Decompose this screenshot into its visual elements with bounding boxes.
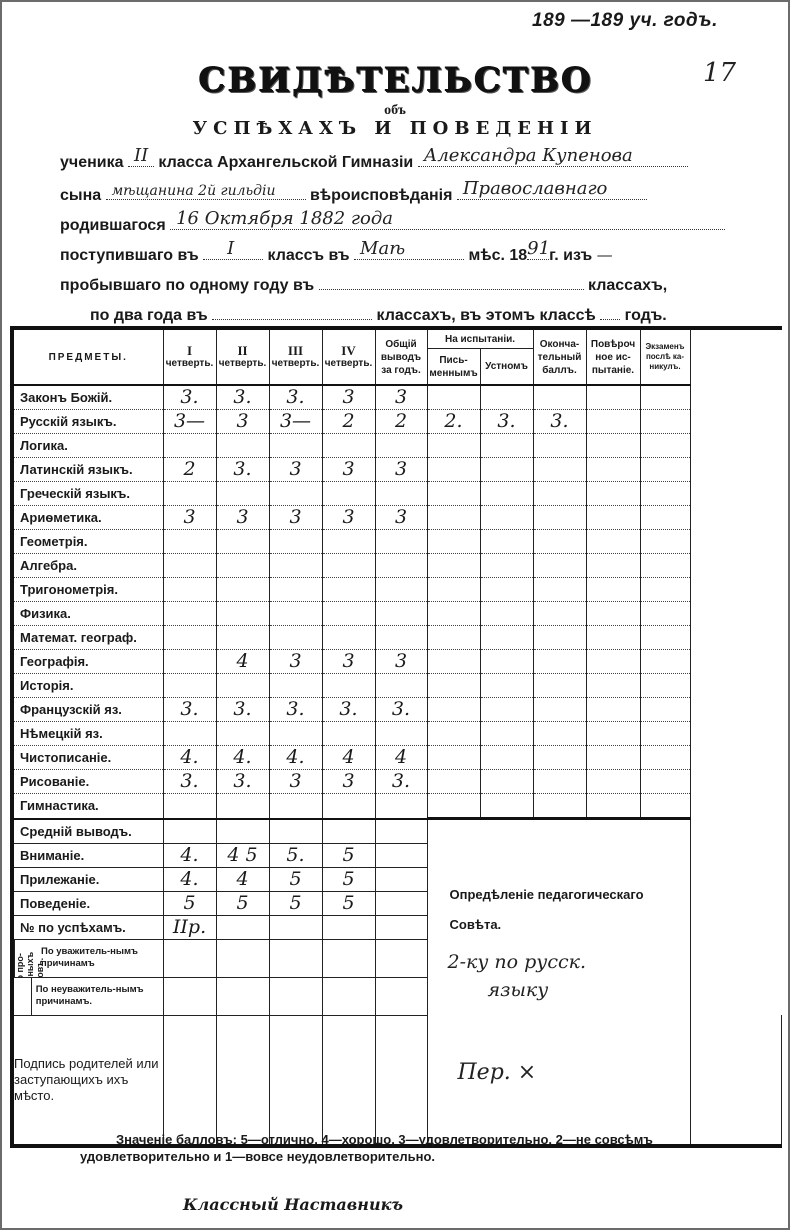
header-written: Пись-меннымъ xyxy=(427,349,480,385)
grade-after-break[interactable] xyxy=(640,410,690,434)
grade-q3[interactable] xyxy=(269,674,322,698)
header-oral: Устномъ xyxy=(480,349,533,385)
grade-final[interactable] xyxy=(533,674,586,698)
grade-oral[interactable] xyxy=(480,554,533,578)
grade-annual[interactable] xyxy=(375,674,427,698)
grade-q1[interactable]: 4. xyxy=(163,746,216,770)
grade-annual[interactable] xyxy=(375,434,427,458)
grade-written[interactable] xyxy=(427,506,480,530)
parent-signature-cell[interactable] xyxy=(375,1015,427,1146)
student-line-3: родившагося 16 Октября 1882 года xyxy=(60,213,725,235)
grade-oral[interactable] xyxy=(480,794,533,819)
label-religion: вѣроисповѣданія xyxy=(310,187,452,204)
grade-after-break[interactable] xyxy=(640,626,690,650)
grade-oral[interactable] xyxy=(480,530,533,554)
grade-q4[interactable] xyxy=(322,578,375,602)
missed-unexcused-cell[interactable] xyxy=(375,977,427,1015)
grade-written[interactable] xyxy=(427,434,480,458)
label-two-years: по два года въ xyxy=(90,307,208,324)
years-in-class-field[interactable] xyxy=(600,303,620,320)
grade-oral[interactable]: 3. xyxy=(480,410,533,434)
grade-final[interactable] xyxy=(533,746,586,770)
grade-q2[interactable]: 3. xyxy=(216,698,269,722)
grade-oral[interactable] xyxy=(480,650,533,674)
subject-name: Геометрія. xyxy=(12,530,163,554)
subject-row: Математ. географ. xyxy=(12,626,782,650)
grade-final[interactable] xyxy=(533,626,586,650)
grade-annual[interactable]: 2 xyxy=(375,410,427,434)
grade-oral[interactable] xyxy=(480,674,533,698)
behavior-q2[interactable]: 5 xyxy=(216,891,269,915)
grade-written[interactable] xyxy=(427,530,480,554)
grade-final[interactable] xyxy=(533,482,586,506)
grade-retest[interactable] xyxy=(586,650,640,674)
subject-name: Ариѳметика. xyxy=(12,506,163,530)
grade-q1[interactable] xyxy=(163,626,216,650)
grade-q2[interactable]: 3 xyxy=(216,410,269,434)
grade-retest[interactable] xyxy=(586,746,640,770)
grade-q4[interactable]: 3. xyxy=(322,698,375,722)
subject-row: Логика. xyxy=(12,434,782,458)
grade-q3[interactable]: 3 xyxy=(269,506,322,530)
grade-after-break[interactable] xyxy=(640,530,690,554)
grade-q3[interactable]: 3 xyxy=(269,650,322,674)
grade-q4[interactable]: 3 xyxy=(322,385,375,410)
grade-after-break[interactable] xyxy=(640,674,690,698)
behavior-q1[interactable]: 4. xyxy=(163,843,216,867)
grade-written[interactable] xyxy=(427,578,480,602)
grade-q1[interactable] xyxy=(163,674,216,698)
missed-unexcused-cell[interactable] xyxy=(163,977,216,1015)
behavior-label: Вниманіе. xyxy=(12,843,163,867)
grade-oral[interactable] xyxy=(480,722,533,746)
label-this-class: классахъ, въ этомъ классѣ xyxy=(377,307,596,324)
grade-q1[interactable] xyxy=(163,530,216,554)
grade-final[interactable] xyxy=(533,554,586,578)
missed-excused-cell[interactable] xyxy=(163,939,216,977)
grade-after-break[interactable] xyxy=(640,385,690,410)
behavior-annual[interactable] xyxy=(375,867,427,891)
parent-signature-cell[interactable] xyxy=(269,1015,322,1146)
grade-final[interactable] xyxy=(533,650,586,674)
subject-name: Латинскій языкъ. xyxy=(12,458,163,482)
grade-q4[interactable] xyxy=(322,794,375,819)
entered-year-field[interactable]: 91 xyxy=(527,238,550,259)
grade-written[interactable] xyxy=(427,554,480,578)
grade-written[interactable] xyxy=(427,385,480,410)
behavior-q3[interactable]: 5 xyxy=(269,867,322,891)
behavior-annual[interactable] xyxy=(375,915,427,939)
grade-annual[interactable]: 3 xyxy=(375,506,427,530)
grade-q3[interactable]: 3. xyxy=(269,698,322,722)
grade-q4[interactable]: 4 xyxy=(322,746,375,770)
header-quarter-1: Iчетверть. xyxy=(163,328,216,385)
grade-annual[interactable]: 3. xyxy=(375,698,427,722)
council-title-1: Опредѣленіе педагогическаго xyxy=(450,880,644,910)
grade-after-break[interactable] xyxy=(640,746,690,770)
student-line-4: поступившаго въ I классъ въ Маѣ мѣс. 189… xyxy=(60,243,613,265)
grade-q3[interactable] xyxy=(269,794,322,819)
header-retest: Повѣроч ное ис-пытаніе. xyxy=(586,328,640,385)
grade-oral[interactable] xyxy=(480,770,533,794)
label-class-in: классъ въ xyxy=(268,247,350,264)
grade-q3[interactable] xyxy=(269,626,322,650)
grade-retest[interactable] xyxy=(586,794,640,819)
subject-name: Французскій яз. xyxy=(12,698,163,722)
grade-q1[interactable] xyxy=(163,794,216,819)
grade-retest[interactable] xyxy=(586,674,640,698)
document-subtitle: УСПѢХАХЪ И ПОВЕДЕНІИ xyxy=(0,118,790,139)
grade-q1[interactable]: 3 xyxy=(163,506,216,530)
grade-after-break[interactable] xyxy=(640,458,690,482)
grade-q2[interactable] xyxy=(216,602,269,626)
grade-oral[interactable] xyxy=(480,506,533,530)
label-one-year: пробывшаго по одному году въ xyxy=(60,277,314,294)
grade-q3[interactable]: 3 xyxy=(269,770,322,794)
grade-written[interactable] xyxy=(427,650,480,674)
birth-date-field[interactable]: 16 Октября 1882 года xyxy=(176,208,393,229)
subject-name: Математ. географ. xyxy=(12,626,163,650)
grade-written[interactable] xyxy=(427,746,480,770)
missed-excused-label: По уважитель-нымъ причинамъ xyxy=(37,946,163,970)
grade-q3[interactable]: 3— xyxy=(269,410,322,434)
grade-final[interactable] xyxy=(533,530,586,554)
grade-final[interactable] xyxy=(533,434,586,458)
average-label: Средній выводъ. xyxy=(12,819,163,844)
grade-q1[interactable]: 2 xyxy=(163,458,216,482)
grade-q2[interactable] xyxy=(216,554,269,578)
grade-written[interactable] xyxy=(427,698,480,722)
average-q1[interactable] xyxy=(163,819,216,844)
missed-unexcused-cell[interactable] xyxy=(216,977,269,1015)
grade-written[interactable] xyxy=(427,458,480,482)
grade-annual[interactable] xyxy=(375,530,427,554)
grade-q2[interactable] xyxy=(216,578,269,602)
missed-excused-cell[interactable] xyxy=(322,939,375,977)
grade-q2[interactable] xyxy=(216,482,269,506)
grade-retest[interactable] xyxy=(586,458,640,482)
grade-annual[interactable] xyxy=(375,794,427,819)
grade-q2[interactable] xyxy=(216,626,269,650)
header-exam: На испытаніи. xyxy=(427,328,533,349)
behavior-q2[interactable]: 4 5 xyxy=(216,843,269,867)
grade-final[interactable] xyxy=(533,458,586,482)
header-subjects: ПРЕДМЕТЫ. xyxy=(12,328,163,385)
school-year: 189 —189 уч. годъ. xyxy=(532,10,718,32)
grade-q3[interactable] xyxy=(269,722,322,746)
grade-annual[interactable]: 4 xyxy=(375,746,427,770)
grade-after-break[interactable] xyxy=(640,794,690,819)
grade-annual[interactable]: 3. xyxy=(375,770,427,794)
grade-retest[interactable] xyxy=(586,698,640,722)
grade-q3[interactable]: 3. xyxy=(269,385,322,410)
grade-annual[interactable] xyxy=(375,602,427,626)
grade-after-break[interactable] xyxy=(640,770,690,794)
grade-q2[interactable]: 3 xyxy=(216,506,269,530)
behavior-annual[interactable] xyxy=(375,891,427,915)
grade-annual[interactable]: 3 xyxy=(375,458,427,482)
class-teacher-label: Классный Наставникъ xyxy=(183,1195,403,1214)
grade-after-break[interactable] xyxy=(640,602,690,626)
grade-after-break[interactable] xyxy=(640,650,690,674)
subject-name: Нѣмецкій яз. xyxy=(12,722,163,746)
subject-name: Гимнастика. xyxy=(12,794,163,819)
subject-name: Греческій языкъ. xyxy=(12,482,163,506)
behavior-q1[interactable]: IIр. xyxy=(163,915,216,939)
average-annual[interactable] xyxy=(375,819,427,844)
grade-q1[interactable]: 3. xyxy=(163,698,216,722)
grade-q2[interactable]: 4 xyxy=(216,650,269,674)
grade-q2[interactable]: 4. xyxy=(216,746,269,770)
grade-q1[interactable] xyxy=(163,482,216,506)
subject-name: Тригонометрія. xyxy=(12,578,163,602)
grade-retest[interactable] xyxy=(586,385,640,410)
grade-q1[interactable]: 3. xyxy=(163,770,216,794)
grade-oral[interactable] xyxy=(480,578,533,602)
grade-annual[interactable]: 3 xyxy=(375,650,427,674)
grade-q4[interactable]: 2 xyxy=(322,410,375,434)
behavior-q2[interactable] xyxy=(216,915,269,939)
parent-signature-cell[interactable] xyxy=(322,1015,375,1146)
grade-q1[interactable]: 3. xyxy=(163,385,216,410)
council-note-1: 2-ку по русск. xyxy=(448,948,586,976)
religion-field[interactable]: Православнаго xyxy=(463,178,608,199)
label-son-of: сына xyxy=(60,187,101,204)
grade-q4[interactable] xyxy=(322,626,375,650)
subject-row: Геометрія. xyxy=(12,530,782,554)
parent-signature-cell[interactable] xyxy=(216,1015,269,1146)
grade-oral[interactable] xyxy=(480,602,533,626)
grade-retest[interactable] xyxy=(586,482,640,506)
grade-q1[interactable] xyxy=(163,602,216,626)
subject-row: Физика. xyxy=(12,602,782,626)
one-year-classes-field[interactable] xyxy=(319,273,584,290)
grade-written[interactable] xyxy=(427,626,480,650)
label-month-year: мѣс. 18 xyxy=(468,247,527,264)
entered-month-field[interactable]: Маѣ xyxy=(360,238,405,259)
grade-q4[interactable]: 3 xyxy=(322,458,375,482)
grade-retest[interactable] xyxy=(586,410,640,434)
grade-written[interactable]: 2. xyxy=(427,410,480,434)
behavior-q4[interactable] xyxy=(322,915,375,939)
grade-oral[interactable] xyxy=(480,746,533,770)
subject-row: Законъ Божій.3.3.3.33 xyxy=(12,385,782,410)
behavior-q1[interactable]: 5 xyxy=(163,891,216,915)
behavior-label: Прилежаніе. xyxy=(12,867,163,891)
grade-q1[interactable]: 3— xyxy=(163,410,216,434)
grade-retest[interactable] xyxy=(586,722,640,746)
grade-retest[interactable] xyxy=(586,578,640,602)
grade-annual[interactable] xyxy=(375,722,427,746)
grade-q3[interactable]: 4. xyxy=(269,746,322,770)
parent-signature-label: Подпись родителей или заступающихъ ихъ м… xyxy=(12,1015,163,1146)
grade-q4[interactable] xyxy=(322,722,375,746)
label-year: годъ. xyxy=(625,307,667,324)
missed-unexcused-cell[interactable] xyxy=(322,977,375,1015)
grade-q3[interactable] xyxy=(269,578,322,602)
header-final: Оконча-тельный баллъ. xyxy=(533,328,586,385)
subject-name: Логика. xyxy=(12,434,163,458)
behavior-q2[interactable]: 4 xyxy=(216,867,269,891)
grade-annual[interactable] xyxy=(375,578,427,602)
grade-oral[interactable] xyxy=(480,482,533,506)
grade-oral[interactable] xyxy=(480,458,533,482)
grade-retest[interactable] xyxy=(586,770,640,794)
grade-written[interactable] xyxy=(427,722,480,746)
grade-final[interactable] xyxy=(533,722,586,746)
grade-annual[interactable] xyxy=(375,626,427,650)
grade-q3[interactable] xyxy=(269,482,322,506)
average-q2[interactable] xyxy=(216,819,269,844)
subject-name: Исторія. xyxy=(12,674,163,698)
grade-annual[interactable] xyxy=(375,482,427,506)
grade-q4[interactable] xyxy=(322,530,375,554)
grade-after-break[interactable] xyxy=(640,482,690,506)
grade-q3[interactable] xyxy=(269,434,322,458)
grade-final[interactable] xyxy=(533,506,586,530)
behavior-q3[interactable] xyxy=(269,915,322,939)
missed-unexcused-label: По неуважитель-нымъ причинамъ. xyxy=(32,984,163,1008)
grade-final[interactable] xyxy=(533,698,586,722)
grade-after-break[interactable] xyxy=(640,698,690,722)
grades-table: ПРЕДМЕТЫ. Iчетверть. IIчетверть. IIIчетв… xyxy=(10,326,782,1148)
subject-row: Рисованіе.3.3.333. xyxy=(12,770,782,794)
grade-q4[interactable] xyxy=(322,482,375,506)
grade-oral[interactable] xyxy=(480,626,533,650)
grade-q4[interactable]: 3 xyxy=(322,650,375,674)
subject-row: Ариѳметика.33333 xyxy=(12,506,782,530)
grade-q1[interactable] xyxy=(163,554,216,578)
two-year-classes-field[interactable] xyxy=(212,303,372,320)
header-after-break: Экзаменъ послѣ ка-никулъ. xyxy=(640,328,690,385)
grade-q3[interactable]: 3 xyxy=(269,458,322,482)
grade-oral[interactable] xyxy=(480,385,533,410)
grade-q4[interactable]: 3 xyxy=(322,770,375,794)
grade-q4[interactable] xyxy=(322,554,375,578)
label-from: г. изъ xyxy=(549,247,592,264)
grade-oral[interactable] xyxy=(480,698,533,722)
grade-q1[interactable] xyxy=(163,578,216,602)
grade-q4[interactable]: 3 xyxy=(322,506,375,530)
student-line-2: сына мѣщанина 2й гильдіи вѣроисповѣданія… xyxy=(60,183,647,205)
grade-q2[interactable]: 3. xyxy=(216,458,269,482)
label-entered: поступившаго въ xyxy=(60,247,199,264)
average-q4[interactable] xyxy=(322,819,375,844)
grade-retest[interactable] xyxy=(586,530,640,554)
subject-row: Исторія. xyxy=(12,674,782,698)
grade-retest[interactable] xyxy=(586,554,640,578)
grade-q2[interactable] xyxy=(216,530,269,554)
subject-name: Алгебра. xyxy=(12,554,163,578)
behavior-q3[interactable]: 5. xyxy=(269,843,322,867)
grade-written[interactable] xyxy=(427,794,480,819)
grade-q3[interactable] xyxy=(269,554,322,578)
grade-q4[interactable] xyxy=(322,434,375,458)
grade-oral[interactable] xyxy=(480,434,533,458)
grade-written[interactable] xyxy=(427,674,480,698)
grade-after-break[interactable] xyxy=(640,722,690,746)
behavior-q4[interactable]: 5 xyxy=(322,867,375,891)
grade-written[interactable] xyxy=(427,602,480,626)
average-q3[interactable] xyxy=(269,819,322,844)
grade-q2[interactable]: 3. xyxy=(216,770,269,794)
grade-q4[interactable] xyxy=(322,602,375,626)
missed-excused-cell[interactable] xyxy=(269,939,322,977)
father-status-field[interactable]: мѣщанина 2й гильдіи xyxy=(112,183,276,199)
missed-excused-cell[interactable] xyxy=(216,939,269,977)
student-line-6: по два года въ классахъ, въ этомъ классѣ… xyxy=(90,303,667,325)
subject-row: Тригонометрія. xyxy=(12,578,782,602)
grade-retest[interactable] xyxy=(586,434,640,458)
subject-row: Нѣмецкій яз. xyxy=(12,722,782,746)
grade-written[interactable] xyxy=(427,482,480,506)
student-name-field[interactable]: Александра Купенова xyxy=(424,145,633,166)
grade-q2[interactable]: 3. xyxy=(216,385,269,410)
grade-final[interactable] xyxy=(533,385,586,410)
grade-after-break[interactable] xyxy=(640,578,690,602)
behavior-annual[interactable] xyxy=(375,843,427,867)
parent-signature-cell[interactable] xyxy=(163,1015,216,1146)
grade-q2[interactable] xyxy=(216,674,269,698)
grade-q3[interactable] xyxy=(269,602,322,626)
from-field[interactable]: — xyxy=(597,245,613,264)
grade-q4[interactable] xyxy=(322,674,375,698)
missed-excused-cell[interactable] xyxy=(375,939,427,977)
behavior-q3[interactable]: 5 xyxy=(269,891,322,915)
grade-after-break[interactable] xyxy=(640,434,690,458)
subject-name: Русскій языкъ. xyxy=(12,410,163,434)
label-classes: классахъ, xyxy=(588,277,667,294)
behavior-q4[interactable]: 5 xyxy=(322,843,375,867)
grade-retest[interactable] xyxy=(586,602,640,626)
behavior-label: № по успѣхамъ. xyxy=(12,915,163,939)
grade-q1[interactable] xyxy=(163,722,216,746)
class-number-field[interactable]: II xyxy=(134,145,148,166)
grade-q2[interactable] xyxy=(216,722,269,746)
grade-final[interactable] xyxy=(533,770,586,794)
header-quarter-3: IIIчетверть. xyxy=(269,328,322,385)
document-title: СВИДѢТЕЛЬСТВО xyxy=(0,60,790,100)
grade-final[interactable]: 3. xyxy=(533,410,586,434)
grade-retest[interactable] xyxy=(586,506,640,530)
behavior-q4[interactable]: 5 xyxy=(322,891,375,915)
behavior-q1[interactable]: 4. xyxy=(163,867,216,891)
subject-row: Латинскій языкъ.23.333 xyxy=(12,458,782,482)
subject-name: Рисованіе. xyxy=(12,770,163,794)
corner-handwritten-mark: 17 xyxy=(703,58,736,88)
grade-q1[interactable] xyxy=(163,650,216,674)
grade-annual[interactable]: 3 xyxy=(375,385,427,410)
grade-final[interactable] xyxy=(533,794,586,819)
grade-annual[interactable] xyxy=(375,554,427,578)
subject-row: Гимнастика. xyxy=(12,794,782,819)
grade-written[interactable] xyxy=(427,770,480,794)
grade-q2[interactable] xyxy=(216,434,269,458)
grade-after-break[interactable] xyxy=(640,506,690,530)
grade-final[interactable] xyxy=(533,602,586,626)
header-quarter-4: IVчетверть. xyxy=(322,328,375,385)
subject-row: Географія.4333 xyxy=(12,650,782,674)
grade-q3[interactable] xyxy=(269,530,322,554)
average-row: Средній выводъ. Опредѣленіе педагогическ… xyxy=(12,819,782,844)
missed-unexcused-cell[interactable] xyxy=(269,977,322,1015)
grade-final[interactable] xyxy=(533,578,586,602)
grade-q2[interactable] xyxy=(216,794,269,819)
entered-class-field[interactable]: I xyxy=(227,238,234,259)
grade-after-break[interactable] xyxy=(640,554,690,578)
grade-retest[interactable] xyxy=(586,626,640,650)
grade-q1[interactable] xyxy=(163,434,216,458)
